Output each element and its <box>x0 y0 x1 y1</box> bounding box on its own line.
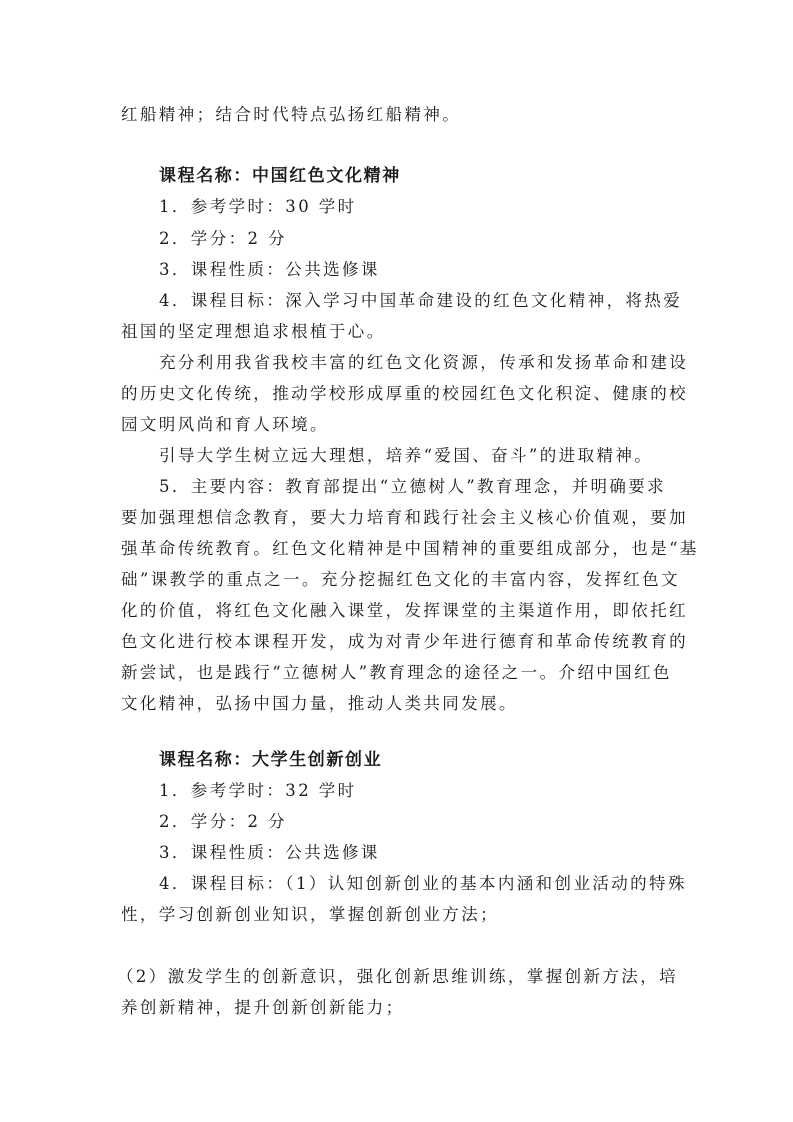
paragraph-line: 的历史文化传统，推动学校形成厚重的校园红色文化积淀、健康的校 <box>121 383 688 405</box>
course-content-line: 5．主要内容：教育部提出“立德树人”教育理念，并明确要求 <box>159 476 666 498</box>
paragraph-line: 园文明风尚和育人环境。 <box>121 414 329 436</box>
course-goal-line: 性，学习创新创业知识，掌握创新创业方法； <box>121 904 499 926</box>
paragraph-line: 红船精神；结合时代特点弘扬红船精神。 <box>121 104 461 126</box>
course-title: 课程名称：中国红色文化精神 <box>159 165 401 187</box>
paragraph-line: 引导大学生树立远大理想，培养“爱国、奋斗”的进取精神。 <box>159 445 653 467</box>
course-goal-line: 4．课程目标：深入学习中国革命建设的红色文化精神，将热爱 <box>159 290 682 312</box>
course-credits: 2．学分：2 分 <box>159 811 287 833</box>
course-content-line: 文化精神，弘扬中国力量，推动人类共同发展。 <box>121 693 518 715</box>
course-hours: 1．参考学时：32 学时 <box>159 780 357 802</box>
paragraph-line: 充分利用我省我校丰富的红色文化资源，传承和发扬革命和建设 <box>159 352 688 374</box>
course-goal-line: 祖国的坚定理想追求根植于心。 <box>121 321 386 343</box>
course-content-line: 础”课教学的重点之一。充分挖掘红色文化的丰富内容，发挥红色文 <box>121 569 680 591</box>
course-credits: 2．学分：2 分 <box>159 228 287 250</box>
course-type: 3．课程性质：公共选修课 <box>159 259 380 281</box>
course-type: 3．课程性质：公共选修课 <box>159 842 380 864</box>
course-goal-line: 4．课程目标：（1）认知创新创业的基本内涵和创业活动的特殊 <box>159 873 687 895</box>
course-goal-line: （2）激发学生的创新意识，强化创新思维训练，掌握创新方法，培 <box>117 966 678 988</box>
course-content-line: 色文化进行校本课程开发，成为对青少年进行德育和革命传统教育的 <box>121 631 688 653</box>
course-content-line: 新尝试，也是践行“立德树人”教育理念的途径之一。介绍中国红色 <box>121 662 672 684</box>
course-hours: 1．参考学时：30 学时 <box>159 196 357 218</box>
course-title: 课程名称：大学生创新创业 <box>159 749 382 771</box>
course-content-line: 化的价值，将红色文化融入课堂，发挥课堂的主渠道作用，即依托红 <box>121 600 688 622</box>
course-content-line: 强革命传统教育。红色文化精神是中国精神的重要组成部分，也是“基 <box>121 538 699 560</box>
course-content-line: 要加强理想信念教育，要大力培育和践行社会主义核心价值观，要加 <box>121 507 688 529</box>
course-goal-line: 养创新精神，提升创新创新能力； <box>121 997 405 1019</box>
